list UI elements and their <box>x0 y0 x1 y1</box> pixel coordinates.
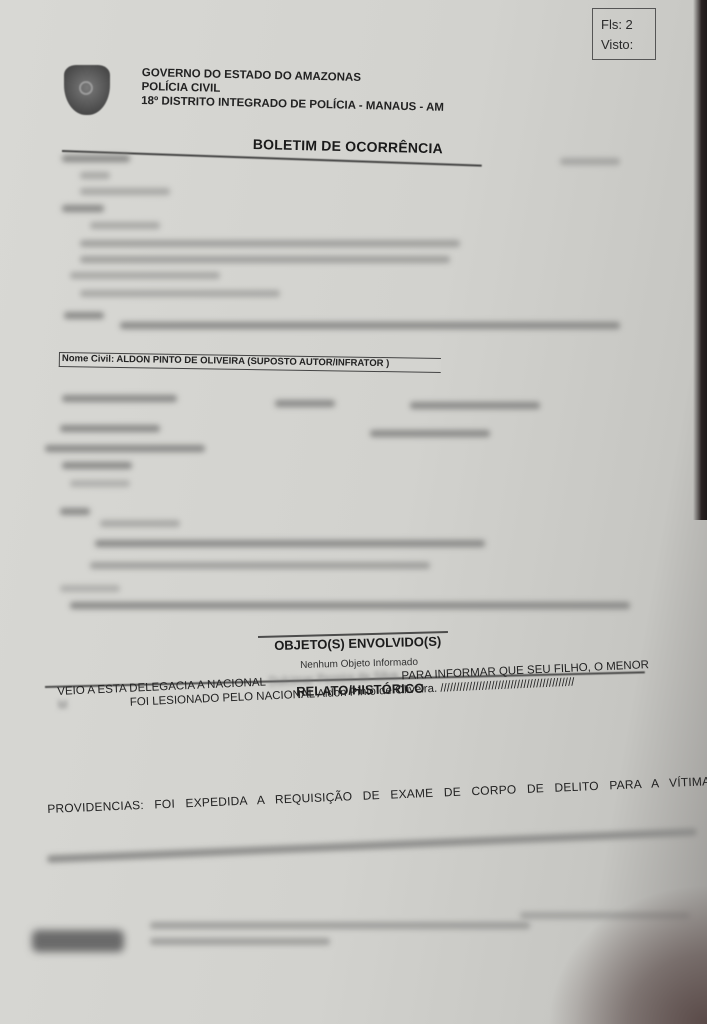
police-badge-icon <box>64 65 110 115</box>
suspect-name-field: Nome Civil: ALDON PINTO DE OLIVEIRA (SUP… <box>59 352 441 373</box>
letterhead: GOVERNO DO ESTADO DO AMAZONAS POLÍCIA CI… <box>141 66 445 115</box>
footer-logo-icon <box>32 930 124 952</box>
providencias-text: PROVIDENCIAS: FOI EXPEDIDA A REQUISIÇÃO … <box>47 774 707 816</box>
providencias-line1: PROVIDENCIAS: FOI EXPEDIDA A REQUISIÇÃO … <box>47 774 707 816</box>
redacted-minor-name: M <box>58 700 68 712</box>
objects-section-title: OBJETO(S) ENVOLVIDO(S) <box>274 634 441 653</box>
photo-corner-shadow <box>547 884 707 1024</box>
fls-label: Fls: 2 <box>601 15 655 35</box>
redacted-footer-line2 <box>150 938 330 945</box>
page-marker-box: Fls: 2 Visto: <box>592 8 656 60</box>
visto-label: Visto: <box>601 35 655 55</box>
redacted-providencias-line2 <box>47 828 697 862</box>
report-page: Fls: 2 Visto: GOVERNO DO ESTADO DO AMAZO… <box>0 0 700 1024</box>
document-title: BOLETIM DE OCORRÊNCIA <box>253 136 443 156</box>
photo-edge-shadow <box>693 0 707 520</box>
redacted-footer-line1 <box>150 922 530 929</box>
